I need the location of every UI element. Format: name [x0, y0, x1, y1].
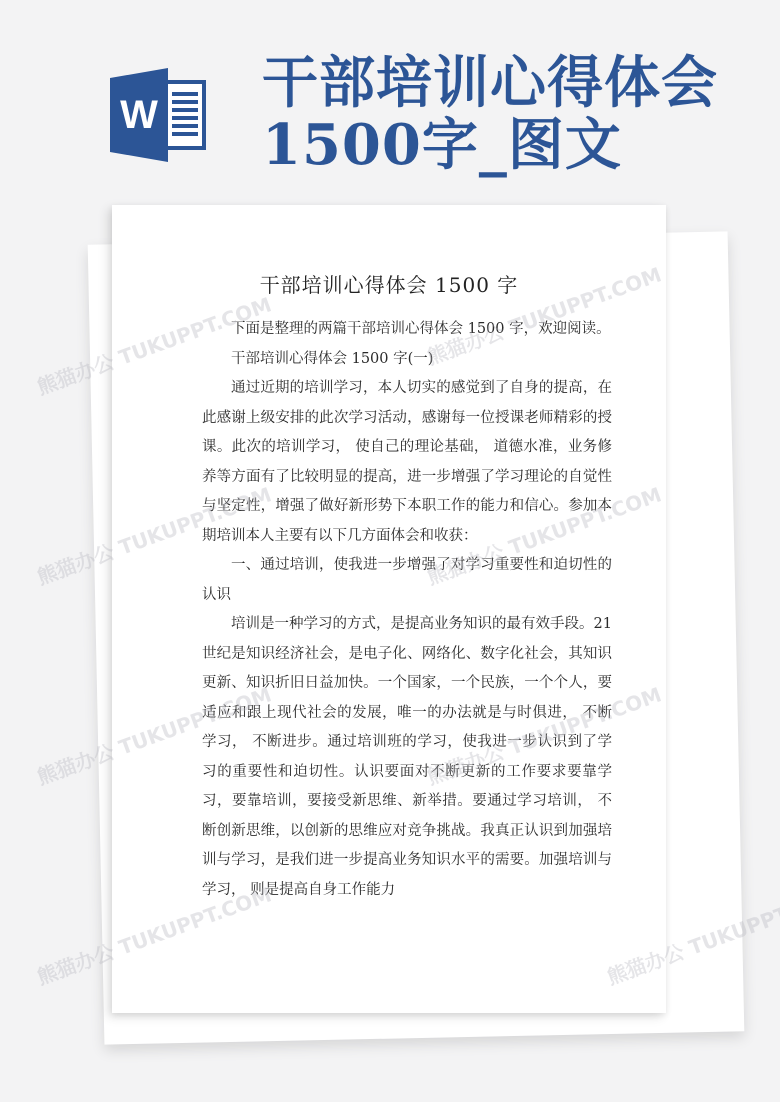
- banner-title: 干部培训心得体会 1500字_图文: [262, 52, 718, 176]
- subheading-paragraph: 一、通过培训，使我进一步增强了对学习重要性和迫切性的认识: [202, 551, 612, 610]
- body-paragraph: 培训是一种学习的方式，是提高业务知识的最有效手段。21 世纪是知识经济社会，是电…: [202, 610, 612, 905]
- word-document-icon: W: [108, 68, 208, 162]
- banner-title-line2: 1500字_图文: [262, 114, 718, 176]
- banner-title-line1: 干部培训心得体会: [262, 52, 718, 114]
- document-title: 干部培训心得体会 1500 字: [112, 269, 666, 298]
- section-heading: 干部培训心得体会 1500 字(一): [202, 345, 612, 375]
- intro-paragraph: 下面是整理的两篇干部培训心得体会 1500 字，欢迎阅读。: [202, 315, 612, 345]
- svg-text:W: W: [120, 93, 158, 137]
- document-page: 干部培训心得体会 1500 字 下面是整理的两篇干部培训心得体会 1500 字，…: [112, 205, 666, 1013]
- banner-header: W 干部培训心得体会 1500字_图文: [0, 0, 780, 200]
- document-body: 下面是整理的两篇干部培训心得体会 1500 字，欢迎阅读。 干部培训心得体会 1…: [202, 315, 612, 905]
- body-paragraph: 通过近期的培训学习，本人切实的感觉到了自身的提高，在此感谢上级安排的此次学习活动…: [202, 374, 612, 551]
